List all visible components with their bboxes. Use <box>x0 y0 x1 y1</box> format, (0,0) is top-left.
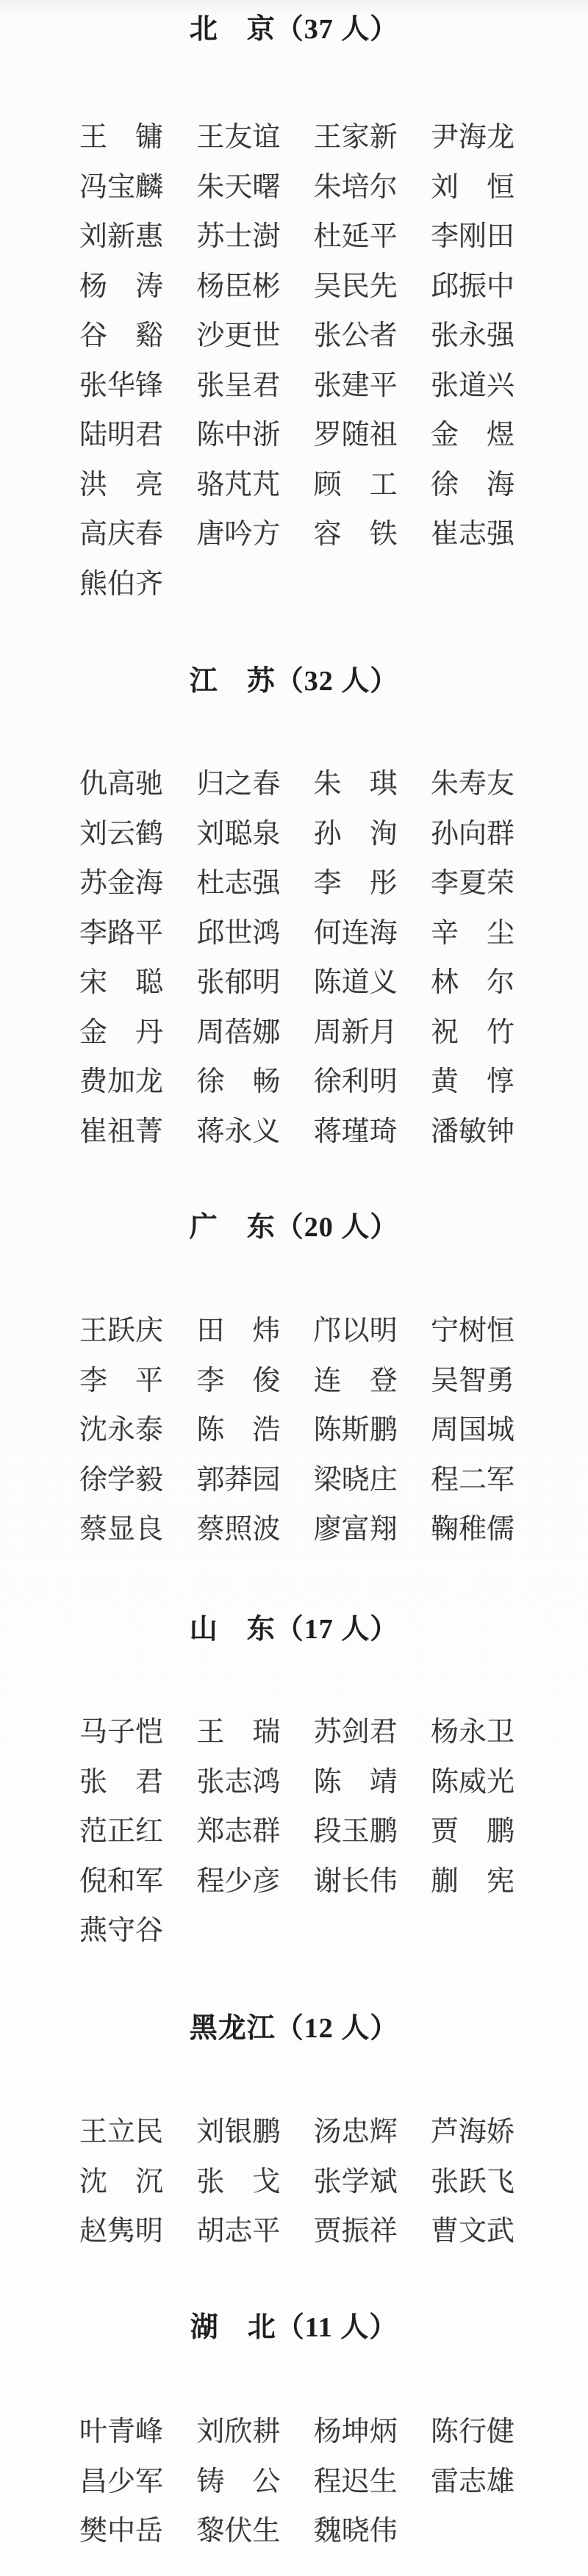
name-character: 军 <box>135 2458 163 2499</box>
name-character: 鞠 <box>431 1506 459 1546</box>
name-character: 谿 <box>135 312 163 353</box>
name-cell: 王跃庆 <box>79 1303 163 1353</box>
name-character: 剑 <box>342 1709 370 1749</box>
name-character: 士 <box>224 213 252 254</box>
name-cell: 郭莽园 <box>196 1452 280 1502</box>
name-character: 竹 <box>487 1009 514 1050</box>
name-character: 聪 <box>135 959 163 1000</box>
name-character: 琪 <box>370 761 398 801</box>
section-header-guangdong: 广 东（20 人） <box>0 1208 588 1247</box>
name-character: 新 <box>342 1009 370 1050</box>
name-character: 田 <box>487 213 514 254</box>
name-character: 祥 <box>370 2208 398 2248</box>
name-cell: 赵隽明 <box>79 2203 163 2253</box>
name-cell: 马子恺 <box>79 1704 163 1754</box>
name-cell: 田炜 <box>196 1303 280 1353</box>
name-character: 海 <box>135 860 163 900</box>
name-character: 方 <box>252 511 280 551</box>
name-cell: 沙更世 <box>196 308 280 358</box>
name-character: 刘 <box>196 2109 224 2149</box>
name-character: 新 <box>107 213 135 254</box>
name-cell: 刘欣耕 <box>196 2404 280 2454</box>
name-character: 随 <box>342 412 370 452</box>
name-cell: 陈中浙 <box>196 407 280 457</box>
name-character: 祖 <box>107 1108 135 1149</box>
name-character: 王 <box>314 114 342 154</box>
name-character: 陈 <box>314 959 342 1000</box>
name-character: 义 <box>252 1108 280 1149</box>
name-character: 费 <box>79 1058 107 1099</box>
name-character: 彤 <box>370 860 398 900</box>
name-character: 徐 <box>314 1058 342 1099</box>
name-cell: 邱振中 <box>431 259 514 309</box>
name-character: 少 <box>224 1858 252 1898</box>
name-character: 崔 <box>79 1108 107 1149</box>
name-character: 徐 <box>79 1457 107 1497</box>
name-cell: 程迟生 <box>314 2454 398 2504</box>
name-character: 尔 <box>370 164 398 204</box>
name-character: 友 <box>224 114 252 154</box>
name-character: 谷 <box>79 312 107 353</box>
name-character: 程 <box>196 1858 224 1898</box>
name-character: 苏 <box>196 213 224 254</box>
name-cell: 辛尘 <box>431 905 514 955</box>
name-cell: 贾鹏 <box>431 1804 514 1854</box>
name-character: 春 <box>135 511 163 551</box>
name-character: 王 <box>79 1307 107 1348</box>
name-character: 晓 <box>342 1457 370 1497</box>
name-character: 民 <box>135 2109 163 2149</box>
name-character: 洪 <box>79 462 107 502</box>
name-character: 锋 <box>135 362 163 403</box>
name-character: 坤 <box>342 2408 370 2449</box>
name-character: 梁 <box>314 1457 342 1497</box>
name-character: 公 <box>342 312 370 353</box>
name-cell: 刘云鹤 <box>79 806 163 856</box>
name-character: 邝 <box>314 1307 342 1348</box>
name-cell: 蒯宪 <box>431 1854 514 1904</box>
name-cell: 黄惇 <box>431 1054 514 1104</box>
name-cell: 徐畅 <box>196 1054 280 1104</box>
name-character: 澍 <box>252 213 280 254</box>
name-cell: 杨涛 <box>79 259 163 309</box>
name-cell: 刘聪泉 <box>196 806 280 856</box>
name-cell: 程少彦 <box>196 1854 280 1904</box>
name-character: 沙 <box>196 312 224 353</box>
name-character: 陈 <box>196 1407 224 1447</box>
name-character: 蒯 <box>431 1858 459 1898</box>
name-character: 龙 <box>487 114 514 154</box>
name-cell: 顾工 <box>314 457 398 507</box>
name-cell: 陈浩 <box>196 1402 280 1452</box>
name-character: 志 <box>224 2208 252 2248</box>
name-character: 杨 <box>79 263 107 304</box>
name-character: 廖 <box>314 1506 342 1546</box>
name-cell: 梁晓庄 <box>314 1452 398 1502</box>
name-character: 昌 <box>79 2458 107 2499</box>
name-character: 畅 <box>252 1058 280 1099</box>
name-character: 良 <box>135 1506 163 1546</box>
name-cell: 杨臣彬 <box>196 259 280 309</box>
name-character: 雄 <box>487 2458 514 2499</box>
name-character: 陈 <box>431 2408 459 2449</box>
name-character: 芃 <box>252 462 280 502</box>
name-cell: 吴智勇 <box>431 1353 514 1403</box>
name-cell: 张道兴 <box>431 358 514 408</box>
name-character: 沈 <box>79 1407 107 1447</box>
name-character: 辛 <box>431 910 459 950</box>
name-character: 沈 <box>79 2159 107 2199</box>
name-cell: 苏士澍 <box>196 209 280 259</box>
name-character: 耕 <box>252 2408 280 2449</box>
name-character: 城 <box>487 1407 514 1447</box>
name-character: 魏 <box>314 2508 342 2548</box>
name-cell: 刘恒 <box>431 159 514 209</box>
name-character: 罗 <box>314 412 342 452</box>
name-character: 寿 <box>459 761 487 801</box>
name-character: 志 <box>224 1808 252 1848</box>
name-cell: 程二军 <box>431 1452 514 1502</box>
name-cell: 陈靖 <box>314 1754 398 1804</box>
name-character: 朱 <box>431 761 459 801</box>
name-character: 银 <box>224 2109 252 2149</box>
name-cell: 祝竹 <box>431 1005 514 1055</box>
name-character: 聪 <box>224 811 252 851</box>
name-character: 王 <box>196 114 224 154</box>
name-character: 毅 <box>135 1457 163 1497</box>
name-cell: 吴民先 <box>314 259 398 309</box>
name-character: 强 <box>487 312 514 353</box>
name-character: 张 <box>431 312 459 353</box>
name-character: 莽 <box>224 1457 252 1497</box>
name-character: 威 <box>459 1759 487 1799</box>
name-character: 龙 <box>135 1058 163 1099</box>
name-character: 马 <box>79 1709 107 1749</box>
name-character: 吴 <box>431 1357 459 1398</box>
name-character: 庄 <box>370 1457 398 1497</box>
name-character: 夏 <box>459 860 487 900</box>
name-character: 君 <box>135 1759 163 1799</box>
name-character: 波 <box>252 1506 280 1546</box>
name-character: 生 <box>252 2508 280 2548</box>
name-character: 国 <box>459 1407 487 1447</box>
name-character: 郁 <box>224 959 252 1000</box>
name-character: 之 <box>224 761 252 801</box>
name-character: 杨 <box>196 263 224 304</box>
name-character: 振 <box>459 263 487 304</box>
name-character: 中 <box>107 2508 135 2548</box>
name-character: 曙 <box>252 164 280 204</box>
name-character: 汤 <box>314 2109 342 2149</box>
name-character: 呈 <box>224 362 252 403</box>
name-cell: 尹海龙 <box>431 110 514 159</box>
name-character: 明 <box>107 412 135 452</box>
name-character: 金 <box>79 1009 107 1050</box>
name-cell: 雷志雄 <box>431 2454 514 2504</box>
name-character: 华 <box>107 362 135 403</box>
names-grid-beijing: 王镛王友谊王家新尹海龙冯宝麟朱天曙朱培尔刘恒刘新惠苏士澍杜延平李刚田杨涛杨臣彬吴… <box>79 110 514 606</box>
name-character: 黄 <box>431 1058 459 1099</box>
name-character: 唐 <box>196 511 224 551</box>
name-character: 何 <box>314 910 342 950</box>
name-cell: 王镛 <box>79 110 163 159</box>
name-cell: 唐吟方 <box>196 506 280 556</box>
name-character: 蒋 <box>314 1108 342 1149</box>
name-character: 孙 <box>314 811 342 851</box>
name-character: 陆 <box>79 412 107 452</box>
name-cell: 杜志强 <box>196 855 280 905</box>
name-character: 张 <box>314 2159 342 2199</box>
name-character: 李 <box>431 213 459 254</box>
name-character: 张 <box>196 959 224 1000</box>
name-character: 瑾 <box>342 1108 370 1149</box>
name-character: 徐 <box>196 1058 224 1099</box>
name-character: 志 <box>224 860 252 900</box>
name-character: 中 <box>224 412 252 452</box>
name-cell: 苏剑君 <box>314 1704 398 1754</box>
name-character: 青 <box>107 2408 135 2449</box>
name-character: 王 <box>79 114 107 154</box>
name-character: 永 <box>224 1108 252 1149</box>
name-character: 贾 <box>431 1808 459 1848</box>
name-character: 樊 <box>79 2508 107 2548</box>
name-character: 冯 <box>79 164 107 204</box>
name-character: 翔 <box>370 1506 398 1546</box>
name-character: 跃 <box>459 2159 487 2199</box>
name-character: 刘 <box>79 811 107 851</box>
name-character: 伟 <box>370 2508 398 2548</box>
name-character: 永 <box>459 312 487 353</box>
name-cell: 苏金海 <box>79 855 163 905</box>
name-cell: 沈沉 <box>79 2154 163 2204</box>
name-cell: 宋聪 <box>79 955 163 1005</box>
name-character: 飞 <box>487 2159 514 2199</box>
name-character: 鹏 <box>370 1407 398 1447</box>
name-cell: 蔡显良 <box>79 1502 163 1551</box>
name-cell: 铸公 <box>196 2454 280 2504</box>
name-character: 天 <box>224 164 252 204</box>
name-character: 子 <box>107 1709 135 1749</box>
name-character: 蔡 <box>79 1506 107 1546</box>
name-character: 斯 <box>342 1407 370 1447</box>
name-character: 徐 <box>431 462 459 502</box>
name-cell: 陈道义 <box>314 955 398 1005</box>
name-character: 军 <box>487 1457 514 1497</box>
name-character: 鹏 <box>370 1808 398 1848</box>
name-cell: 徐学毅 <box>79 1452 163 1502</box>
name-character: 宝 <box>107 164 135 204</box>
name-cell: 崔祖菁 <box>79 1104 163 1154</box>
section-header-heilongjiang: 黑龙江（12 人） <box>0 2009 588 2048</box>
name-character: 燕 <box>79 1907 107 1948</box>
name-character: 彬 <box>252 263 280 304</box>
name-character: 永 <box>107 1407 135 1447</box>
name-cell: 金煜 <box>431 407 514 457</box>
name-cell: 仇高驰 <box>79 756 163 806</box>
name-cell: 张郁明 <box>196 955 280 1005</box>
name-character: 儒 <box>487 1506 514 1546</box>
name-cell: 贾振祥 <box>314 2203 398 2253</box>
name-character: 培 <box>342 164 370 204</box>
name-cell: 倪和军 <box>79 1854 163 1904</box>
name-character: 少 <box>107 2458 135 2499</box>
name-character: 张 <box>196 362 224 403</box>
name-character: 谊 <box>252 114 280 154</box>
name-character: 文 <box>459 2208 487 2248</box>
name-character: 驰 <box>135 761 163 801</box>
name-character: 志 <box>459 2458 487 2499</box>
name-character: 惠 <box>135 213 163 254</box>
name-character: 春 <box>252 761 280 801</box>
name-cell: 王家新 <box>314 110 398 159</box>
name-character: 俊 <box>252 1357 280 1398</box>
name-cell: 陆明君 <box>79 407 163 457</box>
name-character: 平 <box>135 910 163 950</box>
name-character: 照 <box>224 1506 252 1546</box>
name-character: 朱 <box>314 164 342 204</box>
name-cell: 张学斌 <box>314 2154 398 2204</box>
name-character: 周 <box>196 1009 224 1050</box>
name-character: 铸 <box>196 2458 224 2499</box>
name-cell: 李俊 <box>196 1353 280 1403</box>
name-character: 君 <box>135 412 163 452</box>
name-cell: 潘敏钟 <box>431 1104 514 1154</box>
name-cell: 徐利明 <box>314 1054 398 1104</box>
name-character: 贾 <box>314 2208 342 2248</box>
name-character: 庆 <box>107 511 135 551</box>
name-character: 武 <box>487 2208 514 2248</box>
name-character: 敏 <box>459 1108 487 1149</box>
name-cell: 罗随祖 <box>314 407 398 457</box>
name-character: 王 <box>196 1709 224 1749</box>
name-cell: 杜延平 <box>314 209 398 259</box>
name-character: 园 <box>252 1457 280 1497</box>
name-cell: 陈威光 <box>431 1754 514 1804</box>
name-cell: 李平 <box>79 1353 163 1403</box>
name-character: 苏 <box>79 860 107 900</box>
name-cell: 黎伏生 <box>196 2503 280 2553</box>
name-character: 海 <box>459 114 487 154</box>
name-cell: 汤忠辉 <box>314 2104 398 2154</box>
name-cell: 张华锋 <box>79 358 163 408</box>
name-cell: 蔡照波 <box>196 1502 280 1551</box>
name-character: 浙 <box>252 412 280 452</box>
name-cell: 王友谊 <box>196 110 280 159</box>
name-cell: 燕守谷 <box>79 1903 163 1953</box>
name-character: 恒 <box>487 1307 514 1348</box>
name-cell: 段玉鹏 <box>314 1804 398 1854</box>
name-character: 邱 <box>431 263 459 304</box>
name-cell: 费加龙 <box>79 1054 163 1104</box>
name-cell: 廖富翔 <box>314 1502 398 1551</box>
name-character: 李 <box>196 1357 224 1398</box>
name-character: 刘 <box>196 811 224 851</box>
names-grid-guangdong: 王跃庆田炜邝以明宁树恒李平李俊连登吴智勇沈永泰陈浩陈斯鹏周国城徐学毅郭莽园梁晓庄… <box>79 1303 514 1551</box>
name-character: 胡 <box>196 2208 224 2248</box>
name-character: 祝 <box>431 1009 459 1050</box>
name-character: 瑞 <box>252 1709 280 1749</box>
name-character: 道 <box>342 959 370 1000</box>
name-character: 学 <box>342 2159 370 2199</box>
name-character: 张 <box>79 1759 107 1799</box>
name-character: 范 <box>79 1808 107 1848</box>
name-cell: 邱世鸿 <box>196 905 280 955</box>
name-character: 刘 <box>79 213 107 254</box>
name-cell: 曹文武 <box>431 2203 514 2253</box>
name-cell: 杨坤炳 <box>314 2404 398 2454</box>
name-character: 伏 <box>224 2508 252 2548</box>
name-character: 恺 <box>135 1709 163 1749</box>
name-character: 朱 <box>314 761 342 801</box>
name-character: 明 <box>370 1058 398 1099</box>
name-character: 世 <box>224 910 252 950</box>
section-header-shandong: 山 东（17 人） <box>0 1610 588 1649</box>
name-character: 周 <box>431 1407 459 1447</box>
name-character: 利 <box>342 1058 370 1099</box>
name-character: 海 <box>370 910 398 950</box>
name-character: 立 <box>107 2109 135 2149</box>
names-grid-jiangsu: 仇高驰归之春朱琪朱寿友刘云鹤刘聪泉孙洵孙向群苏金海杜志强李彤李夏荣李路平邱世鸿何… <box>79 756 514 1153</box>
name-character: 王 <box>79 2109 107 2149</box>
name-cell: 骆芃芃 <box>196 457 280 507</box>
name-character: 涛 <box>135 263 163 304</box>
document-page: 北 京（37 人）王镛王友谊王家新尹海龙冯宝麟朱天曙朱培尔刘恒刘新惠苏士澍杜延平… <box>0 0 588 2576</box>
name-character: 欣 <box>224 2408 252 2449</box>
name-cell: 谷谿 <box>79 308 163 358</box>
name-character: 谢 <box>314 1858 342 1898</box>
name-character: 平 <box>370 213 398 254</box>
name-character: 林 <box>431 959 459 1000</box>
name-character: 宋 <box>79 959 107 1000</box>
name-character: 高 <box>79 511 107 551</box>
name-character: 隽 <box>107 2208 135 2248</box>
name-character: 延 <box>342 213 370 254</box>
name-character: 恒 <box>487 164 514 204</box>
name-character: 泉 <box>252 811 280 851</box>
name-cell: 昌少军 <box>79 2454 163 2504</box>
name-character: 公 <box>252 2458 280 2499</box>
name-cell: 谢长伟 <box>314 1854 398 1904</box>
name-character: 稚 <box>459 1506 487 1546</box>
name-character: 勇 <box>487 1357 514 1398</box>
name-character: 鹏 <box>487 1808 514 1848</box>
name-cell: 王立民 <box>79 2104 163 2154</box>
name-cell: 张戈 <box>196 2154 280 2204</box>
name-character: 以 <box>342 1307 370 1348</box>
name-character: 鹤 <box>135 811 163 851</box>
name-character: 荣 <box>487 860 514 900</box>
name-character: 炳 <box>370 2408 398 2449</box>
name-cell: 连登 <box>314 1353 398 1403</box>
name-character: 学 <box>107 1457 135 1497</box>
name-cell: 魏晓伟 <box>314 2503 398 2553</box>
name-cell: 孙向群 <box>431 806 514 856</box>
name-character: 李 <box>431 860 459 900</box>
section-header-hubei: 湖 北（11 人） <box>0 2308 588 2347</box>
name-character: 潘 <box>431 1108 459 1149</box>
name-character: 先 <box>370 263 398 304</box>
name-character: 平 <box>370 362 398 403</box>
name-character: 张 <box>431 362 459 403</box>
name-character: 守 <box>107 1907 135 1948</box>
name-cell: 朱天曙 <box>196 159 280 209</box>
name-character: 志 <box>459 511 487 551</box>
name-cell: 蒋永义 <box>196 1104 280 1154</box>
name-character: 张 <box>314 362 342 403</box>
name-character: 刘 <box>431 164 459 204</box>
name-character: 祖 <box>370 412 398 452</box>
name-character: 连 <box>314 1357 342 1398</box>
